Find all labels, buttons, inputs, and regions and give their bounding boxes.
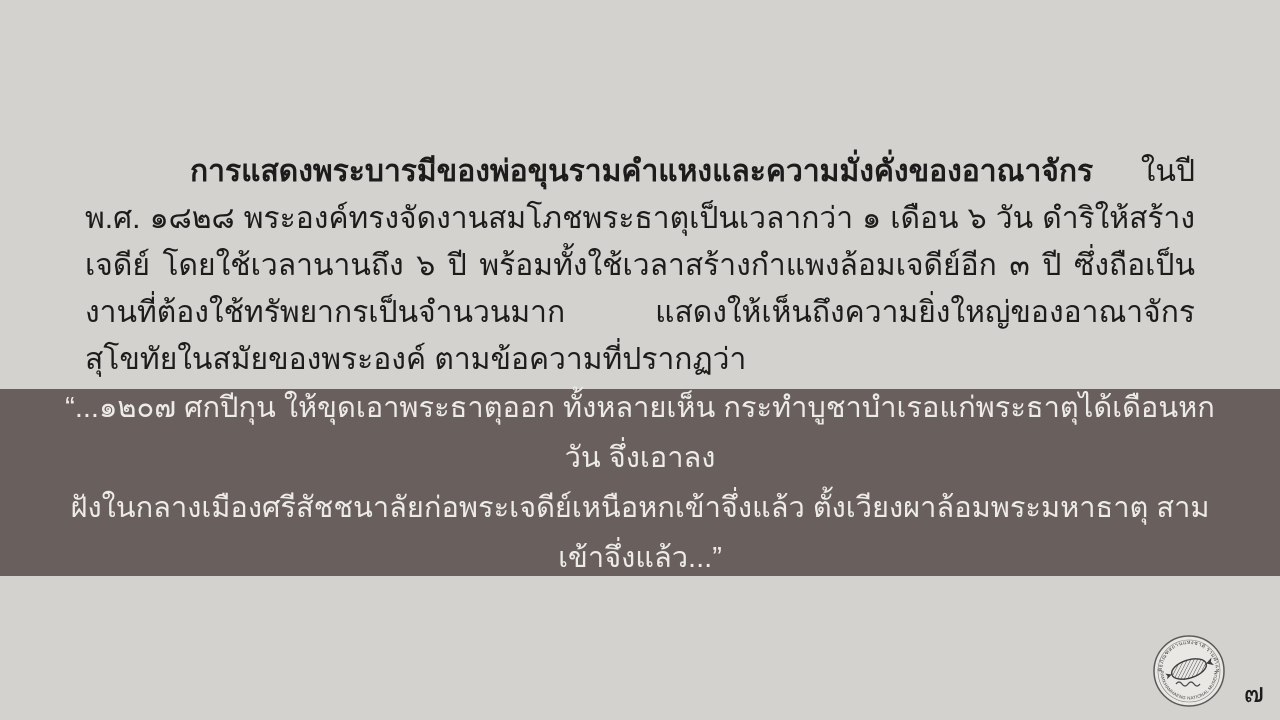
quote-band: “...๑๒๐๗ ศกปีกุน ให้ขุดเอาพระธาตุออก ทั้…	[0, 389, 1280, 576]
quote-line-1: “...๑๒๐๗ ศกปีกุน ให้ขุดเอาพระธาตุออก ทั้…	[55, 383, 1225, 483]
page-number: ๗	[1244, 671, 1264, 714]
presentation-slide: การแสดงพระบารมีของพ่อขุนรามคำแหงและความม…	[0, 0, 1280, 720]
quote-line-2: ฝังในกลางเมืองศรีสัชชนาลัยก่อพระเจดีย์เห…	[55, 483, 1225, 583]
museum-seal-logo: พิพิธภัณฑสถานแห่งชาติ รามคำแหง RAMKHAMHA…	[1152, 634, 1226, 708]
paragraph-body-text: ในปี พ.ศ. ๑๘๒๘ พระองค์ทรงจัดงานสมโภชพระธ…	[85, 155, 1195, 376]
paragraph-heading-bold: การแสดงพระบารมีของพ่อขุนรามคำแหงและความม…	[190, 155, 1093, 188]
body-paragraph: การแสดงพระบารมีของพ่อขุนรามคำแหงและความม…	[85, 148, 1195, 383]
